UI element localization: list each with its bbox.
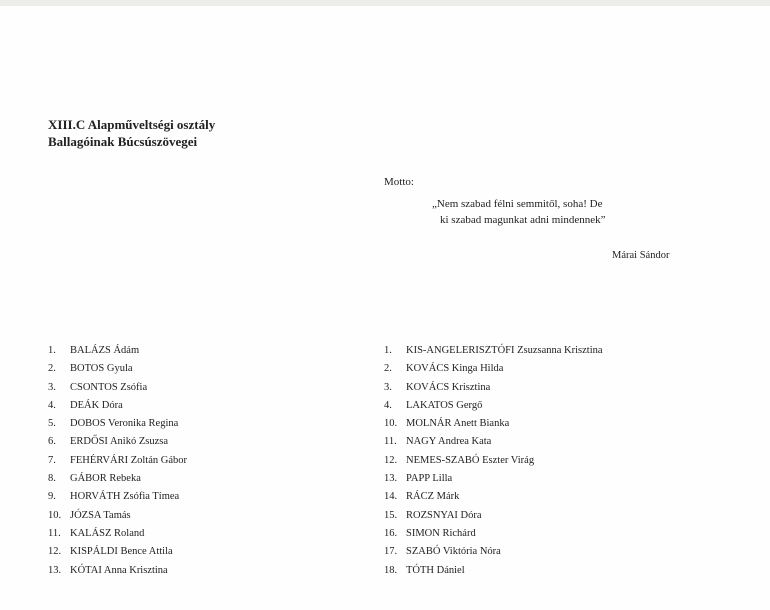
student-name: FEHÉRVÁRI Zoltán Gábor — [70, 452, 187, 470]
title-line-2: Ballagóinak Búcsúszövegei — [48, 133, 215, 150]
student-list-item: 12.KISPÁLDI Bence Attila — [48, 543, 187, 561]
student-number: 14. — [384, 488, 406, 506]
student-name: NEMES-SZABÓ Eszter Virág — [406, 452, 534, 470]
student-list-item: 18.TÓTH Dániel — [384, 562, 603, 580]
student-list-item: 4.DEÁK Dóra — [48, 397, 187, 415]
student-name: MOLNÁR Anett Bianka — [406, 415, 509, 433]
student-number: 1. — [48, 342, 70, 360]
student-number: 3. — [384, 379, 406, 397]
student-name: PAPP Lilla — [406, 470, 452, 488]
student-name: BALÁZS Ádám — [70, 342, 139, 360]
student-number: 6. — [48, 433, 70, 451]
student-name: HORVÁTH Zsófia Tímea — [70, 488, 179, 506]
student-number: 5. — [48, 415, 70, 433]
student-number: 13. — [384, 470, 406, 488]
student-number: 3. — [48, 379, 70, 397]
student-list-item: 3.KOVÁCS Krisztina — [384, 379, 603, 397]
window-top-bar — [0, 0, 770, 6]
motto-line-2: ki szabad magunkat adni mindennek” — [432, 212, 606, 228]
student-name: CSONTOS Zsófia — [70, 379, 147, 397]
motto-line-1: „Nem szabad félni semmitől, soha! De — [432, 196, 606, 212]
student-list-item: 13.PAPP Lilla — [384, 470, 603, 488]
student-list-item: 2.KOVÁCS Kinga Hilda — [384, 360, 603, 378]
title-line-1: XIII.C Alapműveltségi osztály — [48, 116, 215, 133]
student-list-item: 7.FEHÉRVÁRI Zoltán Gábor — [48, 452, 187, 470]
student-list-item: 13.KÓTAI Anna Krisztina — [48, 562, 187, 580]
student-number: 4. — [48, 397, 70, 415]
student-name: KÓTAI Anna Krisztina — [70, 562, 168, 580]
student-list-item: 12.NEMES-SZABÓ Eszter Virág — [384, 452, 603, 470]
student-name: TÓTH Dániel — [406, 562, 465, 580]
student-name: ERDŐSI Anikó Zsuzsa — [70, 433, 168, 451]
student-list-item: 9.HORVÁTH Zsófia Tímea — [48, 488, 187, 506]
student-list-item: 8.GÁBOR Rebeka — [48, 470, 187, 488]
student-name: LAKATOS Gergő — [406, 397, 482, 415]
student-name: SZABÓ Viktória Nóra — [406, 543, 501, 561]
student-list-item: 6.ERDŐSI Anikó Zsuzsa — [48, 433, 187, 451]
student-name: JÓZSA Tamás — [70, 507, 131, 525]
student-list-item: 11.KALÁSZ Roland — [48, 525, 187, 543]
motto-author: Márai Sándor — [612, 250, 669, 261]
student-list-item: 17.SZABÓ Viktória Nóra — [384, 543, 603, 561]
student-name: KALÁSZ Roland — [70, 525, 144, 543]
student-name: KIS-ANGELERISZTÓFI Zsuzsanna Krisztina — [406, 342, 603, 360]
student-number: 1. — [384, 342, 406, 360]
student-number: 10. — [384, 415, 406, 433]
student-number: 9. — [48, 488, 70, 506]
student-list-item: 2.BOTOS Gyula — [48, 360, 187, 378]
document-title: XIII.C Alapműveltségi osztály Ballagóina… — [48, 116, 215, 150]
student-list-item: 1.BALÁZS Ádám — [48, 342, 187, 360]
student-name: SIMON Richárd — [406, 525, 476, 543]
student-name: RÁCZ Márk — [406, 488, 459, 506]
student-number: 10. — [48, 507, 70, 525]
student-list-item: 16.SIMON Richárd — [384, 525, 603, 543]
student-number: 12. — [384, 452, 406, 470]
student-number: 11. — [48, 525, 70, 543]
student-list-item: 1.KIS-ANGELERISZTÓFI Zsuzsanna Krisztina — [384, 342, 603, 360]
motto-label: Motto: — [384, 176, 414, 188]
student-list-item: 10.MOLNÁR Anett Bianka — [384, 415, 603, 433]
student-number: 17. — [384, 543, 406, 561]
student-number: 2. — [48, 360, 70, 378]
student-name: DOBOS Veronika Regina — [70, 415, 178, 433]
student-name: DEÁK Dóra — [70, 397, 123, 415]
student-name: KISPÁLDI Bence Attila — [70, 543, 173, 561]
student-number: 4. — [384, 397, 406, 415]
student-list-item: 11.NAGY Andrea Kata — [384, 433, 603, 451]
student-list-item: 10.JÓZSA Tamás — [48, 507, 187, 525]
student-number: 11. — [384, 433, 406, 451]
student-number: 8. — [48, 470, 70, 488]
student-list-item: 15.ROZSNYAI Dóra — [384, 507, 603, 525]
student-number: 2. — [384, 360, 406, 378]
student-name: KOVÁCS Kinga Hilda — [406, 360, 503, 378]
student-number: 7. — [48, 452, 70, 470]
student-name: BOTOS Gyula — [70, 360, 133, 378]
student-list-right: 1.KIS-ANGELERISZTÓFI Zsuzsanna Krisztina… — [384, 342, 603, 580]
motto-quote: „Nem szabad félni semmitől, soha! De ki … — [432, 196, 606, 228]
student-list-left: 1.BALÁZS Ádám2.BOTOS Gyula3.CSONTOS Zsóf… — [48, 342, 187, 580]
student-list-item: 4.LAKATOS Gergő — [384, 397, 603, 415]
student-number: 16. — [384, 525, 406, 543]
student-name: GÁBOR Rebeka — [70, 470, 141, 488]
student-name: NAGY Andrea Kata — [406, 433, 491, 451]
student-number: 15. — [384, 507, 406, 525]
student-number: 18. — [384, 562, 406, 580]
student-name: KOVÁCS Krisztina — [406, 379, 490, 397]
student-list-item: 3.CSONTOS Zsófia — [48, 379, 187, 397]
student-number: 13. — [48, 562, 70, 580]
student-name: ROZSNYAI Dóra — [406, 507, 482, 525]
student-list-item: 5.DOBOS Veronika Regina — [48, 415, 187, 433]
student-list-item: 14.RÁCZ Márk — [384, 488, 603, 506]
student-number: 12. — [48, 543, 70, 561]
